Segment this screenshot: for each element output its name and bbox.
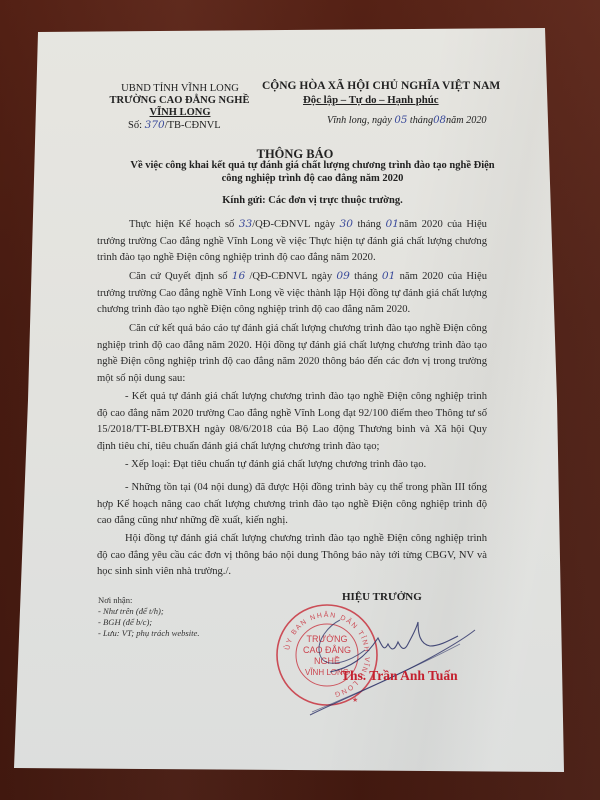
p2-decision-number: 16: [232, 270, 245, 282]
document-number: Số: 370/TB-CĐNVL: [128, 119, 221, 131]
date-month: 08: [433, 115, 446, 126]
p2-month: 01: [382, 270, 395, 282]
p2-day: 09: [336, 270, 349, 282]
doc-number-handwritten: 370: [145, 119, 165, 131]
signature-scribble: [270, 600, 490, 720]
p1-text-c: tháng: [353, 219, 385, 230]
date-prefix: Vĩnh long, ngày: [327, 115, 394, 126]
p1-day: 30: [340, 218, 353, 230]
doc-number-suffix: /TB-CĐNVL: [165, 120, 221, 131]
doc-number-prefix: Số:: [128, 120, 145, 131]
p1-month: 01: [385, 218, 398, 230]
p2-text-c: tháng: [350, 271, 382, 282]
issuing-authority: UBND TỈNH VĨNH LONG: [105, 83, 255, 94]
nation-title: CỘNG HÒA XÃ HỘI CHỦ NGHĨA VIỆT NAM: [262, 80, 500, 92]
recipients-block: Nơi nhận: - Như trên (để t/h); - BGH (để…: [98, 595, 200, 639]
document: UBND TỈNH VĨNH LONG TRƯỜNG CAO ĐẲNG NGHỀ…: [0, 0, 600, 800]
date-day: 05: [394, 115, 407, 126]
p1-text-a: Thực hiện Kế hoạch số: [129, 219, 239, 230]
addressee-line: Kính gửi: Các đơn vị trực thuộc trường.: [95, 195, 530, 206]
p1-plan-number: 33: [239, 218, 252, 230]
recipients-label: Nơi nhận:: [98, 595, 200, 606]
date-suffix: năm 2020: [446, 115, 486, 126]
paragraph-decision-reference: Căn cứ Quyết định số 16 /QĐ-CĐNVL ngày 0…: [97, 268, 487, 319]
signer-name: Ths. Trần Anh Tuấn: [341, 668, 458, 684]
bullet-shortcomings: - Những tồn tại (04 nội dung) đã được Hộ…: [97, 480, 487, 530]
national-motto: Độc lập – Tự do – Hạnh phúc: [303, 94, 439, 106]
school-name-line1: TRƯỜNG CAO ĐẲNG NGHỀ: [97, 95, 262, 106]
p2-text-b: /QĐ-CĐNVL ngày: [245, 271, 336, 282]
date-mid: tháng: [407, 115, 433, 126]
recipient-item: - BGH (để b/c);: [98, 617, 200, 628]
subject-line2: công nghiệp trình độ cao đẳng năm 2020: [95, 173, 530, 184]
paragraph-plan-reference: Thực hiện Kế hoạch số 33/QĐ-CĐNVL ngày 3…: [97, 216, 487, 267]
bullet-classification: - Xếp loại: Đạt tiêu chuẩn tự đánh giá c…: [97, 457, 487, 474]
paragraph-closing-request: Hội đồng tự đánh giá chất lượng chương t…: [97, 531, 487, 581]
recipient-item: - Như trên (để t/h);: [98, 606, 200, 617]
issue-date: Vĩnh long, ngày 05 tháng08năm 2020: [327, 115, 487, 126]
subject-line1: Về việc công khai kết quả tự đánh giá ch…: [95, 160, 530, 171]
recipient-item: - Lưu: VT; phụ trách website.: [98, 628, 200, 639]
paragraph-report-basis: Căn cứ kết quả báo cáo tự đánh giá chất …: [97, 321, 487, 387]
p1-text-b: /QĐ-CĐNVL ngày: [252, 219, 339, 230]
school-name-line2: VĨNH LONG: [105, 107, 255, 118]
p2-text-a: Căn cứ Quyết định số: [129, 271, 232, 282]
bullet-evaluation-result: - Kết quả tự đánh giá chất lượng chương …: [97, 389, 487, 455]
